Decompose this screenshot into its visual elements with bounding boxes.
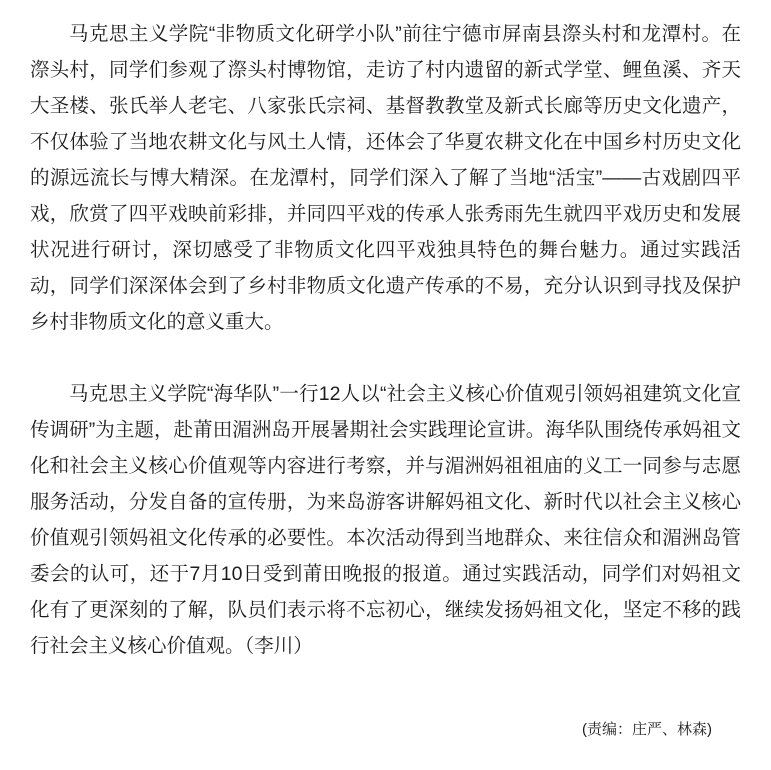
- paragraph-jitou-longtan: 马克思主义学院“非物质文化研学小队”前往宁德市屏南县漈头村和龙潭村。在漈头村，同…: [30, 16, 741, 340]
- article-body: 马克思主义学院“非物质文化研学小队”前往宁德市屏南县漈头村和龙潭村。在漈头村，同…: [30, 16, 741, 664]
- editor-credit: (责编：庄严、林森): [30, 720, 741, 740]
- paragraph-haihua-meizhou: 马克思主义学院“海华队”一行12人以“社会主义核心价值观引领妈祖建筑文化宣传调研…: [30, 376, 741, 664]
- document-page: 马克思主义学院“非物质文化研学小队”前往宁德市屏南县漈头村和龙潭村。在漈头村，同…: [0, 0, 771, 770]
